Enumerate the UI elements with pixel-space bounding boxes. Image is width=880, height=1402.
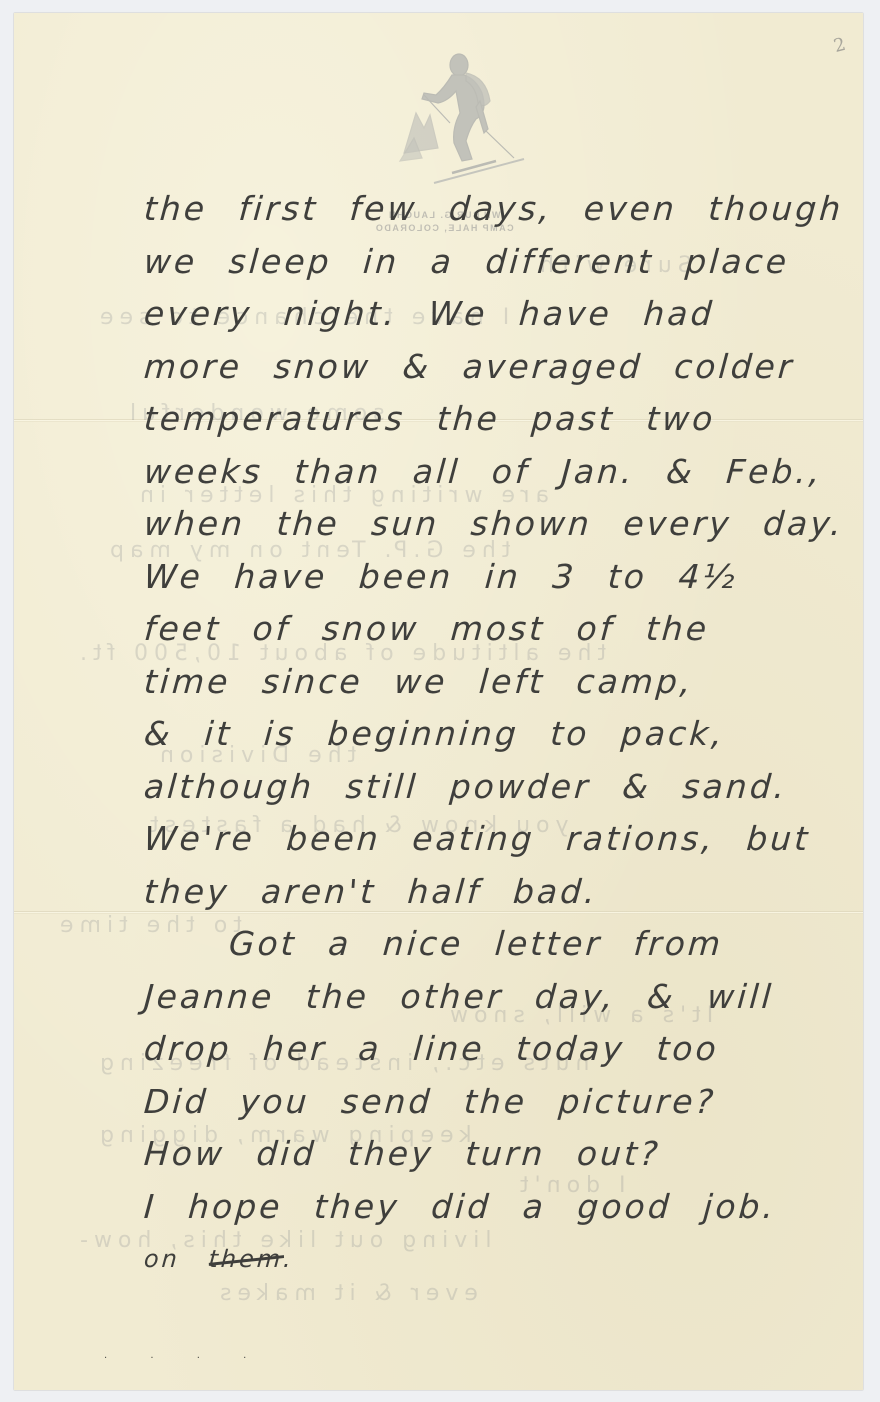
letter-line: We have been in 3 to 4½ [142, 551, 846, 604]
letter-line: I hope they did a good job. [142, 1181, 846, 1234]
letter-line-paragraph-start: Got a nice letter from [142, 918, 846, 971]
letter-line: every night. We have had [142, 288, 846, 341]
letter-line: weeks than all of Jan. & Feb., [142, 446, 846, 499]
letter-line-final: on them. [142, 1233, 846, 1286]
struck-word: them [207, 1233, 285, 1286]
letter-line: temperatures the past two [142, 393, 846, 446]
letter-line: How did they turn out? [142, 1128, 846, 1181]
letter-page: 2 WILBUR G. LAUGHN CAMP HALE, COL [14, 13, 863, 1390]
letter-line: time since we left camp, [142, 656, 846, 709]
letter-line: & it is beginning to pack, [142, 708, 846, 761]
letter-line: we sleep in a different place [142, 236, 846, 289]
letter-line: We're been eating rations, but [142, 813, 846, 866]
letter-line: although still powder & sand. [142, 761, 846, 814]
letter-line: they aren't half bad. [142, 866, 846, 919]
final-word: on [143, 1245, 181, 1273]
letter-body: the first few days, even though we sleep… [144, 183, 844, 1286]
letter-line: drop her a line today too [142, 1023, 846, 1076]
page-number-mark: 2 [831, 34, 847, 57]
letter-line: the first few days, even though [142, 183, 846, 236]
letter-line: Did you send the picture? [142, 1076, 846, 1129]
skier-icon [364, 43, 534, 193]
letter-line: when the sun shown every day. [142, 498, 846, 551]
letter-line: more snow & averaged colder [142, 341, 846, 394]
letter-line: feet of snow most of the [142, 603, 846, 656]
ink-specks: · · · · [104, 1353, 266, 1364]
final-period: . [282, 1245, 295, 1273]
letter-line: Jeanne the other day, & will [142, 971, 846, 1024]
